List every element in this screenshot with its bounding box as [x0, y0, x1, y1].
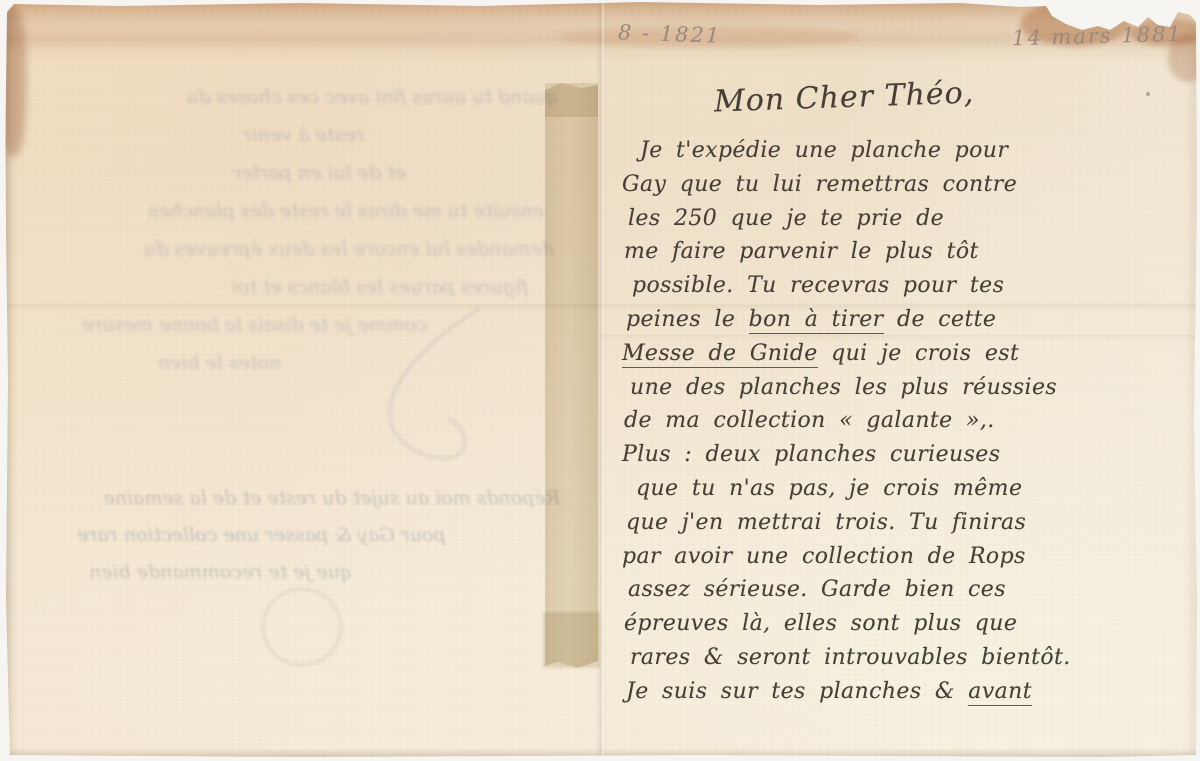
underlined-phrase: avant — [968, 679, 1032, 706]
bleedthrough-line: reste à venir — [42, 116, 514, 154]
repair-tape-end — [545, 83, 598, 117]
line-text: les 250 que je te prie de — [628, 206, 944, 231]
letter-line: Gay que tu lui remettras contre — [622, 168, 1188, 202]
line-text: possible. Tu recevras pour tes — [632, 273, 1004, 298]
line-text: peines le — [626, 307, 749, 332]
line-text: Gay que tu lui remettras contre — [622, 172, 1017, 197]
letter-line: les 250 que je te prie de — [628, 202, 1188, 236]
letter-line: une des planches les plus réussies — [630, 371, 1188, 405]
line-text: qui je crois est — [818, 341, 1019, 366]
date-annotation: 14 mars 1881 — [1012, 22, 1183, 50]
letter-line: rares & seront introuvables bientôt. — [630, 641, 1188, 675]
line-text: que j'en mettrai trois. Tu finiras — [626, 510, 1026, 535]
line-text: rares & seront introuvables bientôt. — [630, 645, 1071, 670]
underlined-phrase: bon à tirer — [749, 307, 884, 334]
bleedthrough-line: demandes lui encore les deux épreuves du — [42, 230, 562, 268]
line-text: par avoir une collection de Rops — [622, 544, 1026, 569]
letter-line: Je suis sur tes planches & avant — [626, 675, 1188, 709]
bleedthrough-line: que je te recommande bien — [40, 554, 368, 591]
pencil-dot — [1146, 92, 1150, 96]
line-text: une des planches les plus réussies — [630, 375, 1057, 400]
letter-paper: quand tu auras fini avec ces choses dure… — [0, 0, 1200, 761]
letter-line: que tu n'as pas, je crois même — [636, 472, 1188, 506]
line-text: assez sérieuse. Garde bien ces — [628, 577, 1006, 602]
line-text: Je t'expédie une planche pour — [640, 138, 1008, 163]
catalog-annotation: 8 - 1821 — [618, 20, 722, 48]
scanned-letter: quand tu auras fini avec ces choses dure… — [0, 0, 1200, 761]
repair-tape-end — [543, 612, 600, 668]
line-text: de ma collection « galante »,. — [624, 408, 995, 433]
letter-line: que j'en mettrai trois. Tu finiras — [626, 506, 1188, 540]
letter-line: peines le bon à tirer de cette — [626, 303, 1188, 337]
letter-line: possible. Tu recevras pour tes — [632, 269, 1188, 303]
letter-line: épreuves là, elles sont plus que — [624, 607, 1188, 641]
line-text: Plus : deux planches curieuses — [622, 442, 1000, 467]
line-text: de cette — [884, 307, 997, 332]
letter-line: assez sérieuse. Garde bien ces — [628, 573, 1188, 607]
repair-tape — [545, 83, 598, 668]
bleedthrough-flourish — [330, 300, 550, 500]
paper-left-edge — [6, 0, 18, 761]
bleedthrough-line: ensuite tu me diras le reste des planche… — [42, 192, 562, 230]
line-text: épreuves là, elles sont plus que — [624, 611, 1017, 636]
letter-line: de ma collection « galante »,. — [624, 404, 1188, 438]
bleedthrough-line: et de lui en parler — [42, 154, 526, 192]
line-text: me faire parvenir le plus tôt — [624, 239, 979, 264]
letter-line: Je t'expédie une planche pour — [640, 134, 1188, 168]
underlined-phrase: Messe de Gnide — [622, 341, 818, 368]
line-text: que tu n'as pas, je crois même — [636, 476, 1022, 501]
letter-line: Messe de Gnide qui je crois est — [622, 337, 1188, 371]
letter-line: par avoir une collection de Rops — [622, 540, 1188, 574]
embossed-stamp-mark — [262, 588, 342, 666]
line-text: Je suis sur tes planches & — [626, 679, 968, 704]
letter-line: me faire parvenir le plus tôt — [624, 235, 1188, 269]
letter-body: Je t'expédie une planche pourGay que tu … — [622, 134, 1188, 709]
bleedthrough-line: quand tu auras fini avec ces choses du — [42, 78, 562, 116]
center-fold-crease — [597, 0, 607, 761]
letter-line: Plus : deux planches curieuses — [622, 438, 1188, 472]
bleedthrough-line: pour Gay & passer une collection rare — [40, 517, 516, 554]
